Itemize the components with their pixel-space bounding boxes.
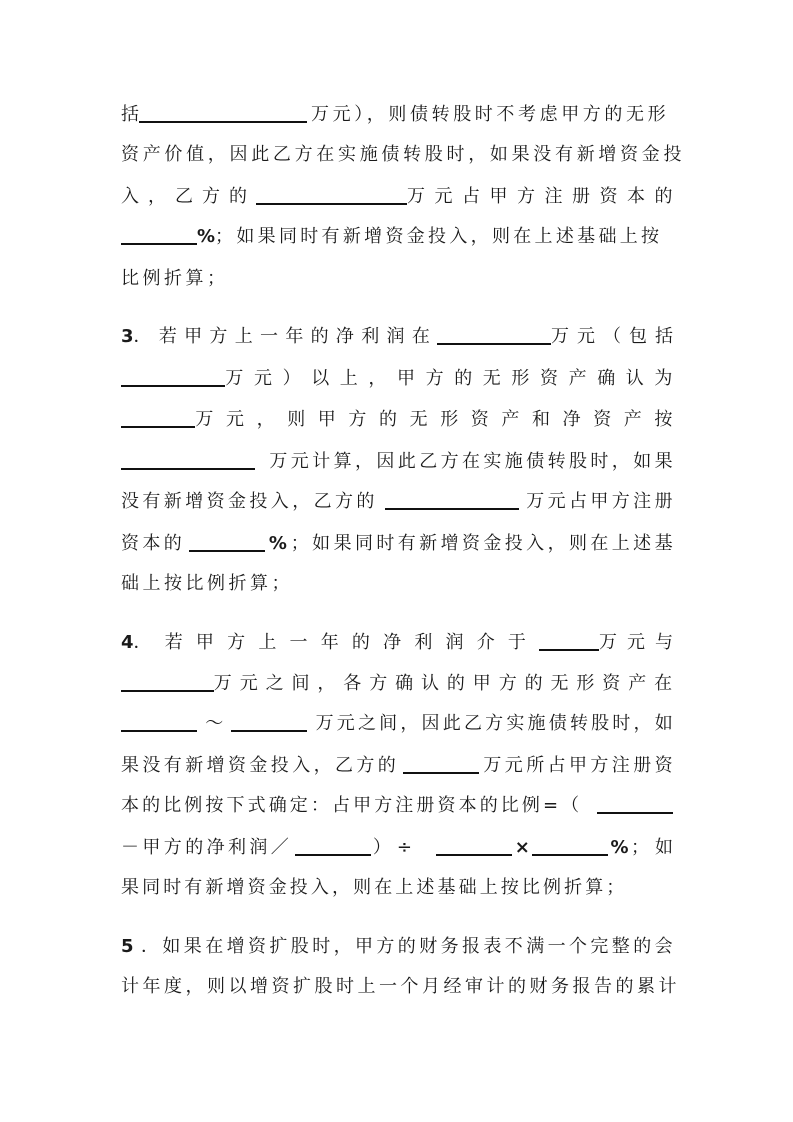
paragraph-3-line-2: 万元）以上，甲方的无形资产确认为 — [121, 364, 673, 394]
text: ）÷ — [373, 833, 418, 863]
text: 资本的 — [121, 529, 185, 559]
fill-in-blank[interactable] — [121, 385, 225, 387]
fill-in-blank[interactable] — [121, 243, 197, 245]
fill-in-blank[interactable] — [121, 730, 197, 732]
text: 括 — [121, 100, 139, 130]
paragraph-number: 4 — [121, 628, 134, 658]
fill-in-blank[interactable] — [231, 730, 307, 732]
percent-sign: % — [197, 222, 215, 252]
fill-in-blank[interactable] — [139, 121, 307, 123]
text: 入，乙方的 — [121, 182, 256, 212]
text: ；如 — [631, 833, 679, 863]
text: 万元所占甲方注册资 — [483, 751, 676, 781]
paragraph-3-line-7: 础上按比例折算； — [121, 569, 673, 599]
text: 没有新增资金投入，乙方的 — [121, 487, 378, 517]
document-page: 括 万元），则债转股时不考虑甲方的无形 资产价值，因此乙方在实施债转股时，如果没… — [0, 0, 793, 1122]
multiply-sign: × — [515, 833, 530, 863]
paragraph-2-line-5: 比例折算； — [121, 264, 673, 294]
paragraph-5-line-1: 5 ．如果在增资扩股时，甲方的财务报表不满一个完整的会 — [121, 932, 673, 962]
fill-in-blank[interactable] — [121, 426, 195, 428]
text: ；如果同时有新增资金投入，则在上述基础上按 — [215, 222, 662, 252]
paragraph-2-line-2: 资产价值，因此乙方在实施债转股时，如果没有新增资金投 — [121, 140, 673, 170]
paragraph-4-line-3: ～ 万元之间，因此乙方实施债转股时，如 — [121, 709, 673, 739]
fill-in-blank[interactable] — [403, 772, 479, 774]
text: －甲方的净利润／ — [121, 833, 292, 863]
text: 万元之间，各方确认的甲方的无形资产在 — [214, 669, 680, 699]
paragraph-2-line-1: 括 万元），则债转股时不考虑甲方的无形 — [121, 100, 673, 130]
text: 万元（包括 — [551, 322, 681, 352]
paragraph-4-line-1: 4 ．若甲方上一年的净利润介于 万元与 — [121, 628, 673, 658]
text: 万元，则甲方的无形资产和净资产按 — [195, 405, 685, 435]
fill-in-blank[interactable] — [256, 203, 407, 205]
text: 万元占甲方注册 — [526, 487, 676, 517]
text: 万元），则债转股时不考虑甲方的无形 — [311, 100, 673, 130]
fill-in-blank[interactable] — [539, 649, 599, 651]
text: 万元）以上，甲方的无形资产确认为 — [225, 364, 683, 394]
text: 万元占甲方注册资本的 — [407, 182, 682, 212]
paragraph-4-line-2: 万元之间，各方确认的甲方的无形资产在 — [121, 669, 673, 699]
text: 万元计算，因此乙方在实施债转股时，如果 — [269, 447, 676, 477]
text: 万元与 — [599, 628, 683, 658]
fill-in-blank[interactable] — [295, 854, 371, 856]
paragraph-4-line-5: 本的比例按下式确定：占甲方注册资本的比例=（ — [121, 791, 673, 821]
paragraph-3-line-1: 3 ．若甲方上一年的净利润在 万元（包括 — [121, 322, 673, 352]
text: 果同时有新增资金投入，则在上述基础上按比例折算； — [121, 873, 627, 903]
paragraph-number: 3 — [121, 322, 134, 352]
paragraph-4-line-7: 果同时有新增资金投入，则在上述基础上按比例折算； — [121, 873, 673, 903]
paragraph-number: 5 — [121, 932, 134, 962]
text: 资产价值，因此乙方在实施债转股时，如果没有新增资金投 — [121, 140, 685, 170]
text: 果没有新增资金投入，乙方的 — [121, 751, 399, 781]
paragraph-3-line-4: 万元计算，因此乙方在实施债转股时，如果 — [121, 447, 673, 477]
fill-in-blank[interactable] — [436, 854, 512, 856]
text: 计年度，则以增资扩股时上一个月经审计的财务报告的累计 — [121, 972, 680, 1002]
percent-sign: % — [269, 529, 287, 559]
fill-in-blank[interactable] — [121, 468, 255, 470]
fill-in-blank[interactable] — [189, 550, 265, 552]
fill-in-blank[interactable] — [121, 690, 214, 692]
text: ．若甲方上一年的净利润在 — [134, 322, 438, 352]
paragraph-2-line-4: % ；如果同时有新增资金投入，则在上述基础上按 — [121, 222, 673, 252]
paragraph-3-line-3: 万元，则甲方的无形资产和净资产按 — [121, 405, 673, 435]
text: 万元之间，因此乙方实施债转股时，如 — [316, 709, 676, 739]
text: ．若甲方上一年的净利润介于 — [134, 628, 540, 658]
text: 础上按比例折算； — [121, 569, 293, 599]
paragraph-4-line-4: 果没有新增资金投入，乙方的 万元所占甲方注册资 — [121, 751, 673, 781]
percent-sign: % — [611, 833, 629, 863]
text: ．如果在增资扩股时，甲方的财务报表不满一个完整的会 — [141, 932, 676, 962]
fill-in-blank[interactable] — [532, 854, 608, 856]
text: 万元），则债转股时不考虑甲方的无形 — [311, 100, 669, 130]
text: ；如果同时有新增资金投入，则在上述基 — [291, 529, 676, 559]
paragraph-5-line-2: 计年度，则以增资扩股时上一个月经审计的财务报告的累计 — [121, 972, 673, 1002]
paragraph-2-line-3: 入，乙方的 万元占甲方注册资本的 — [121, 182, 673, 212]
text: 本的比例按下式确定：占甲方注册资本的比例=（ — [121, 791, 582, 821]
paragraph-4-line-6: －甲方的净利润／ ）÷ × % ；如 — [121, 833, 673, 863]
tilde: ～ — [205, 709, 223, 739]
fill-in-blank[interactable] — [385, 508, 519, 510]
paragraph-3-line-6: 资本的 % ；如果同时有新增资金投入，则在上述基 — [121, 529, 673, 559]
text: 比例折算； — [121, 264, 229, 294]
fill-in-blank[interactable] — [597, 812, 673, 814]
fill-in-blank[interactable] — [437, 343, 551, 345]
paragraph-3-line-5: 没有新增资金投入，乙方的 万元占甲方注册 — [121, 487, 673, 517]
